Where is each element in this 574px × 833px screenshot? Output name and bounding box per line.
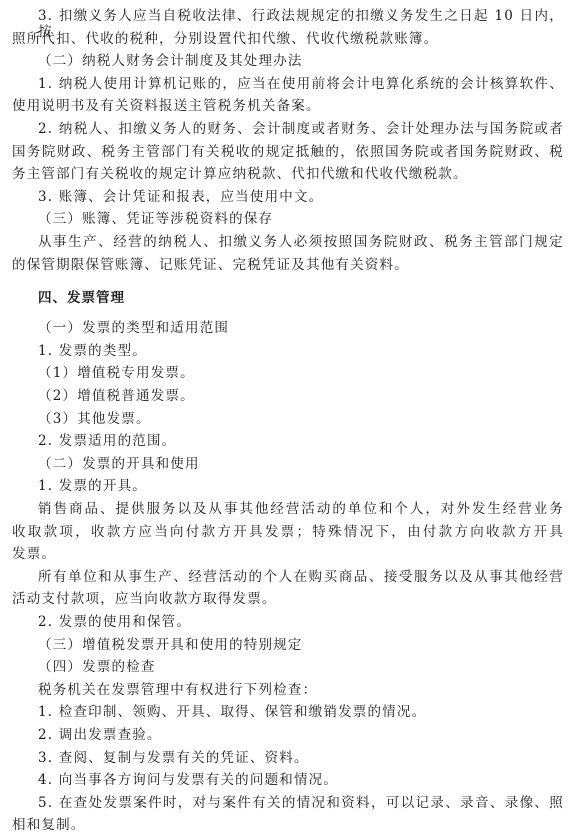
paragraph-line: 活动支付款项，应当向收款方取得发票。 (12, 591, 564, 607)
paragraph-line: 税务机关在发票管理中有权进行下列检查： (38, 682, 564, 698)
paragraph-line: 国务院财政、税务主管部门有关税收的规定抵触的，依照国务院或者国务院财政、税 (12, 144, 564, 160)
paragraph-line: 销售商品、提供服务以及从事其他经营活动的单位和个人，对外发生经营业务 (38, 501, 564, 517)
subsection-title: （三）增值税发票开具和使用的特别规定 (38, 637, 564, 653)
paragraph-line: 3. 账簿、会计凭证和报表，应当使用中文。 (38, 189, 564, 205)
list-item: （2）增值税普通发票。 (38, 388, 564, 404)
document-page: 3. 扣缴义务人应当自税收法律、行政法规规定的扣缴义务发生之日起 10 日内，按… (0, 0, 574, 816)
paragraph-line: 务主管部门有关税收的规定计算应纳税款、代扣代缴和代收代缴税款。 (12, 166, 564, 182)
subsection-title: （二）发票的开具和使用 (38, 456, 564, 472)
subsection-title: （一）发票的类型和适用范围 (38, 320, 564, 336)
list-item: （1）增值税专用发票。 (38, 365, 564, 381)
paragraph-line: 的保管期限保管账簿、记账凭证、完税凭证及其他有关资料。 (12, 257, 564, 273)
list-item: （3）其他发票。 (38, 411, 564, 427)
list-item: 4. 向当事各方询问与发票有关的问题和情况。 (38, 772, 564, 788)
paragraph-line: 发票。 (12, 546, 564, 562)
section-heading: 四、发票管理 (38, 290, 564, 306)
list-item: 1. 检查印制、领购、开具、取得、保管和缴销发票的情况。 (38, 704, 564, 720)
paragraph-line: 2. 纳税人、扣缴义务人的财务、会计制度或者财务、会计处理办法与国务院或者 (38, 121, 564, 137)
list-item: 1. 发票的类型。 (38, 343, 564, 359)
paragraph-line: 收取款项，收款方应当向付款方开具发票；特殊情况下，由付款方向收款方开具 (12, 524, 564, 540)
list-item: 2. 发票的使用和保管。 (38, 614, 564, 630)
list-item: 3. 查阅、复制与发票有关的凭证、资料。 (38, 750, 564, 766)
paragraph-line: 所有单位和从事生产、经营活动的个人在购买商品、接受服务以及从事其他经营 (38, 569, 564, 585)
list-item: 1. 发票的开具。 (38, 478, 564, 494)
list-item: 2. 发票适用的范围。 (38, 433, 564, 449)
paragraph-line: 照所代扣、代收的税种，分别设置代扣代缴、代收代缴税款账簿。 (12, 31, 564, 47)
list-item: 2. 调出发票查验。 (38, 727, 564, 743)
paragraph-line: 1. 纳税人使用计算机记账的，应当在使用前将会计电算化系统的会计核算软件、 (38, 76, 564, 92)
subsection-title: （三）账簿、凭证等涉税资料的保存 (38, 211, 564, 227)
subsection-title: （四）发票的检查 (38, 659, 564, 675)
paragraph-line: 从事生产、经营的纳税人、扣缴义务人必须按照国务院财政、税务主管部门规定 (38, 234, 564, 250)
subsection-title: （二）纳税人财务会计制度及其处理办法 (38, 53, 564, 69)
paragraph-line: 使用说明书及有关资料报送主管税务机关备案。 (12, 98, 564, 114)
